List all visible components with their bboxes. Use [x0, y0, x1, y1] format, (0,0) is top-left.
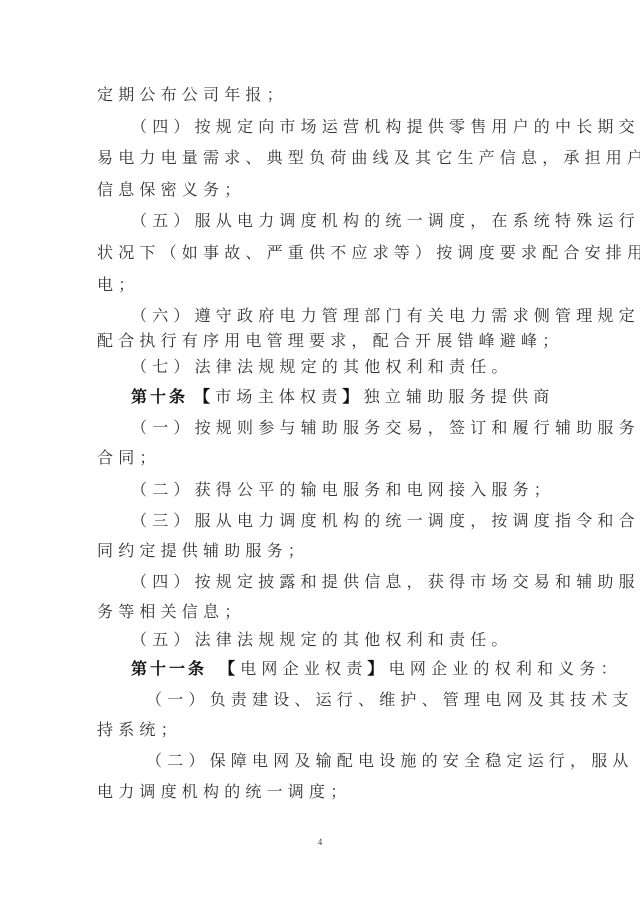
paragraph-line: （一）按规则参与辅助服务交易，签订和履行辅助服务 [131, 418, 640, 438]
bracket-close: 】 [342, 387, 363, 406]
paragraph-line: 电； [97, 275, 139, 295]
article-subject: 电网企业的权利和义务： [389, 659, 622, 678]
paragraph-line: （五）服从电力调度机构的统一调度，在系统特殊运行 [131, 211, 640, 231]
paragraph-line: 信息保密义务； [97, 180, 245, 200]
paragraph-line: （六）遵守政府电力管理部门有关电力需求侧管理规定， [131, 306, 640, 326]
paragraph-line: 易电力电量需求、典型负荷曲线及其它生产信息，承担用户 [97, 148, 640, 168]
paragraph-line: 定期公布公司年报； [97, 85, 288, 105]
paragraph-line: 同约定提供辅助服务； [97, 541, 309, 561]
article-title: 市场主体权责 [215, 387, 342, 406]
bracket-close: 】 [367, 659, 388, 678]
paragraph-line: 务等相关信息； [97, 602, 245, 622]
page-number: 4 [0, 836, 640, 848]
paragraph-line: 持系统； [97, 720, 182, 740]
paragraph-line: （二）获得公平的输电服务和电网接入服务； [131, 480, 555, 500]
paragraph-line: 状况下（如事故、严重供不应求等）按调度要求配合安排用 [97, 243, 640, 263]
article-11-heading: 第十一条【电网企业权责】电网企业的权利和义务： [131, 659, 622, 679]
bracket-open: 【 [194, 387, 215, 406]
paragraph-line: （七）法律法规规定的其他权利和责任。 [131, 357, 513, 377]
article-10-heading: 第十条【市场主体权责】独立辅助服务提供商 [131, 387, 554, 407]
paragraph-line: 合同； [97, 448, 161, 468]
paragraph-line: （三）服从电力调度机构的统一调度，按调度指令和合 [131, 511, 640, 531]
bracket-open: 【 [219, 659, 240, 678]
paragraph-line: （一）负责建设、运行、维护、管理电网及其技术支 [146, 690, 634, 710]
article-number: 第十一条 [131, 659, 207, 678]
article-subject: 独立辅助服务提供商 [364, 387, 555, 406]
paragraph-line: 电力调度机构的统一调度； [97, 782, 351, 802]
paragraph-line: （二）保障电网及输配电设施的安全稳定运行，服从 [146, 751, 634, 771]
document-page: 定期公布公司年报； （四）按规定向市场运营机构提供零售用户的中长期交 易电力电量… [0, 0, 640, 905]
article-title: 电网企业权责 [240, 659, 367, 678]
paragraph-line: （五）法律法规规定的其他权利和责任。 [131, 630, 513, 650]
paragraph-line: 配合执行有序用电管理要求，配合开展错峰避峰； [97, 331, 563, 351]
paragraph-line: （四）按规定披露和提供信息，获得市场交易和辅助服 [131, 572, 640, 592]
paragraph-line: （四）按规定向市场运营机构提供零售用户的中长期交 [131, 117, 640, 137]
article-number: 第十条 [131, 387, 188, 406]
